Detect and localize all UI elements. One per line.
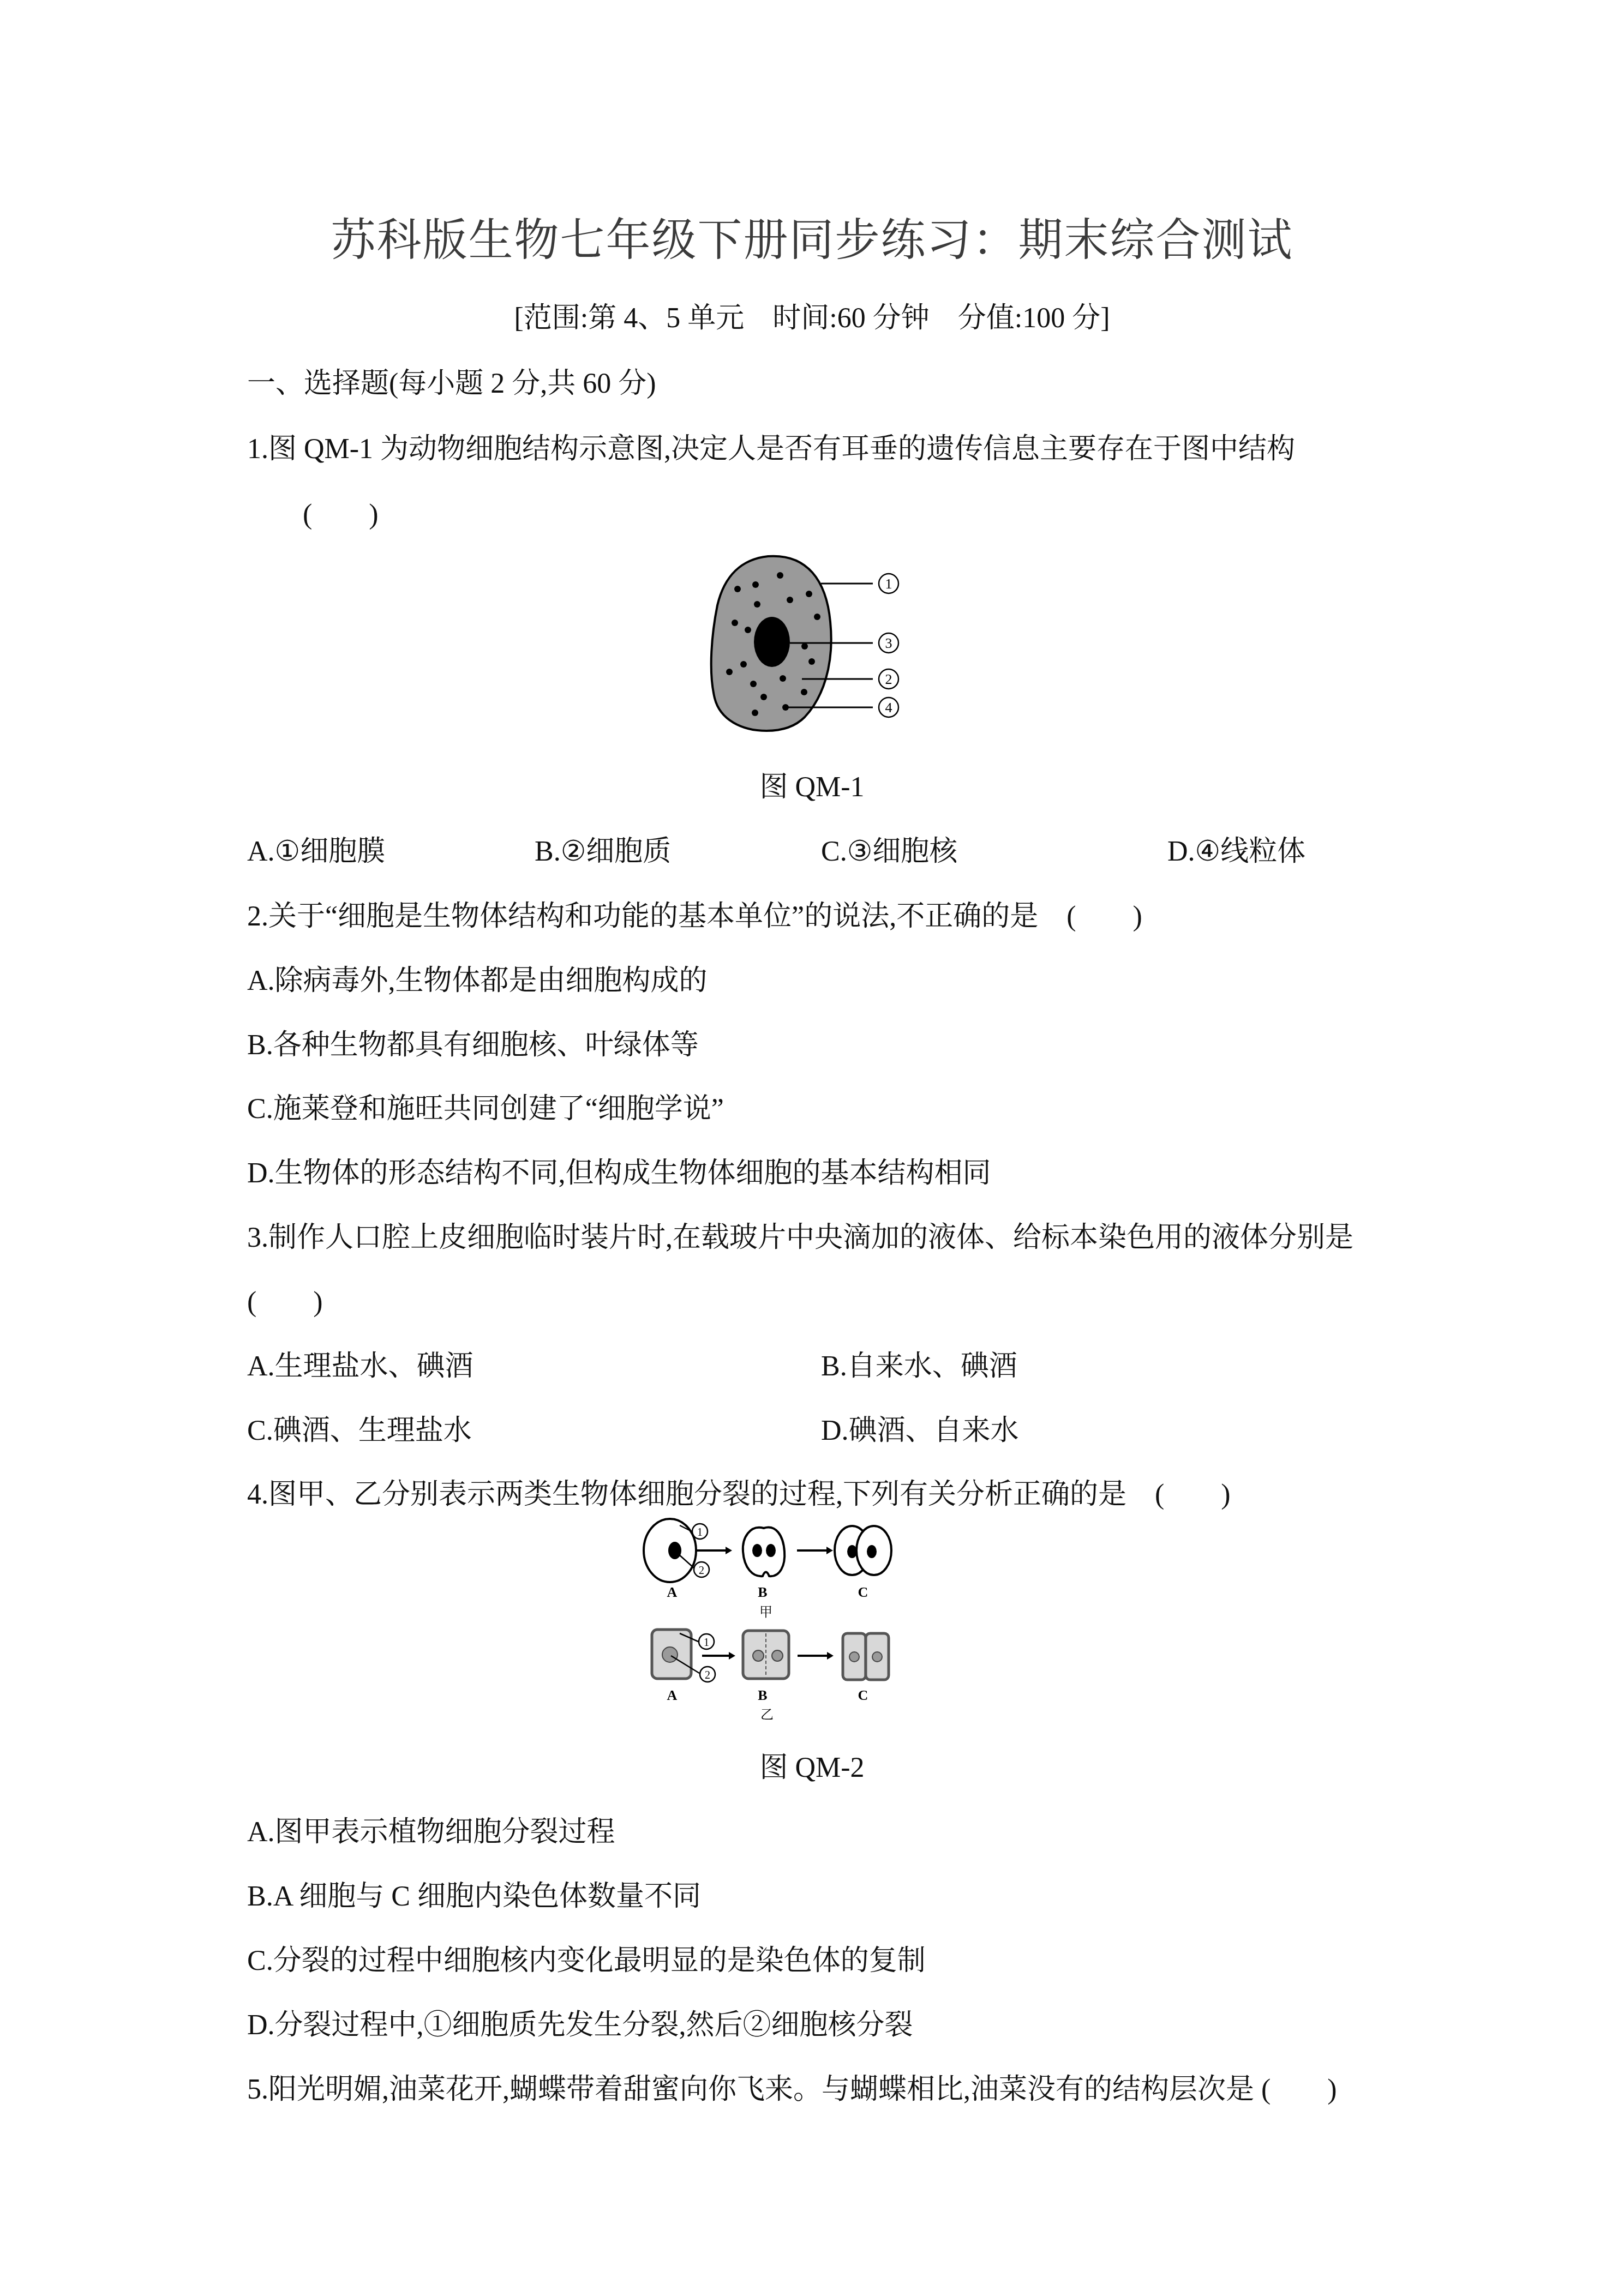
question-2-option-d: D.生物体的形态结构不同,但构成生物体细胞的基本结构相同 [247,1150,991,1191]
svg-text:C: C [858,1687,868,1703]
svg-text:A: A [667,1584,678,1600]
question-1-blank: ( ) [303,491,379,532]
svg-text:1: 1 [697,1526,703,1538]
svg-text:A: A [667,1687,678,1703]
exam-scope-info: [范围:第 4、5 单元 时间:60 分钟 分值:100 分] [0,294,1624,335]
question-3-stem: 3.制作人口腔上皮细胞临时装片时,在载玻片中央滴加的液体、给标本染色用的液体分别… [247,1214,1353,1255]
question-4-option-b: B.A 细胞与 C 细胞内染色体数量不同 [247,1873,701,1914]
question-2-option-a: A.除病毒外,生物体都是由细胞构成的 [247,957,708,998]
question-4-option-d: D.分裂过程中,①细胞质先发生分裂,然后②细胞核分裂 [247,2002,913,2042]
question-3-option-d: D.碘酒、自来水 [821,1407,1019,1448]
figure-qm2-caption: 图 QM-2 [0,1744,1624,1785]
svg-text:1: 1 [704,1637,709,1649]
question-3-option-c: C.碘酒、生理盐水 [247,1407,472,1448]
figure-qm1-caption: 图 QM-1 [0,764,1624,804]
question-2-option-b: B.各种生物都具有细胞核、叶绿体等 [247,1021,699,1062]
exam-page: 苏科版生物七年级下册同步练习：期末综合测试 [范围:第 4、5 单元 时间:60… [0,0,1624,2296]
svg-text:2: 2 [885,671,892,687]
question-1-option-a: A.①细胞膜 [247,828,385,869]
figure-qm1-animal-cell: 13 24 [682,534,982,764]
svg-text:4: 4 [885,700,892,716]
question-2-stem: 2.关于“细胞是生物体结构和功能的基本单位”的说法,不正确的是 ( ) [247,893,1142,934]
row-1-stage-labels: ABC [667,1584,868,1600]
question-1-stem: 1.图 QM-1 为动物细胞结构示意图,决定人是否有耳垂的遗传信息主要存在于图中… [247,425,1295,466]
question-3-option-a: A.生理盐水、碘酒 [247,1343,474,1384]
svg-text:1: 1 [885,576,892,592]
svg-text:3: 3 [885,635,892,651]
row-label-jia: 甲 [759,1606,772,1620]
question-4-option-c: C.分裂的过程中细胞核内变化最明显的是染色体的复制 [247,1937,926,1978]
question-1-option-b: B.②细胞质 [535,828,671,869]
svg-text:2: 2 [705,1669,710,1681]
row-label-yi: 乙 [760,1708,774,1722]
question-5-stem: 5.阳光明媚,油菜花开,蝴蝶带着甜蜜向你飞来。与蝴蝶相比,油菜没有的结构层次是 … [247,2066,1337,2107]
svg-text:2: 2 [699,1565,704,1577]
question-1-option-c: C.③细胞核 [821,828,957,869]
question-1-option-d: D.④线粒体 [1167,828,1305,869]
svg-text:B: B [758,1687,767,1703]
svg-text:B: B [758,1584,767,1600]
page-title: 苏科版生物七年级下册同步练习：期末综合测试 [0,205,1624,268]
svg-text:C: C [858,1584,868,1600]
question-3-option-b: B.自来水、碘酒 [821,1343,1017,1384]
section-heading: 一、选择题(每小题 2 分,共 60 分) [247,360,656,401]
question-3-blank: ( ) [247,1278,323,1319]
figure-qm2-cell-division: 1 2 ABC 甲 1 2 ABC 乙 [627,1500,1009,1745]
question-2-option-c: C.施莱登和施旺共同创建了“细胞学说” [247,1085,724,1126]
question-4-option-a: A.图甲表示植物细胞分裂过程 [247,1808,615,1849]
row-2-stage-labels: ABC [667,1687,868,1703]
